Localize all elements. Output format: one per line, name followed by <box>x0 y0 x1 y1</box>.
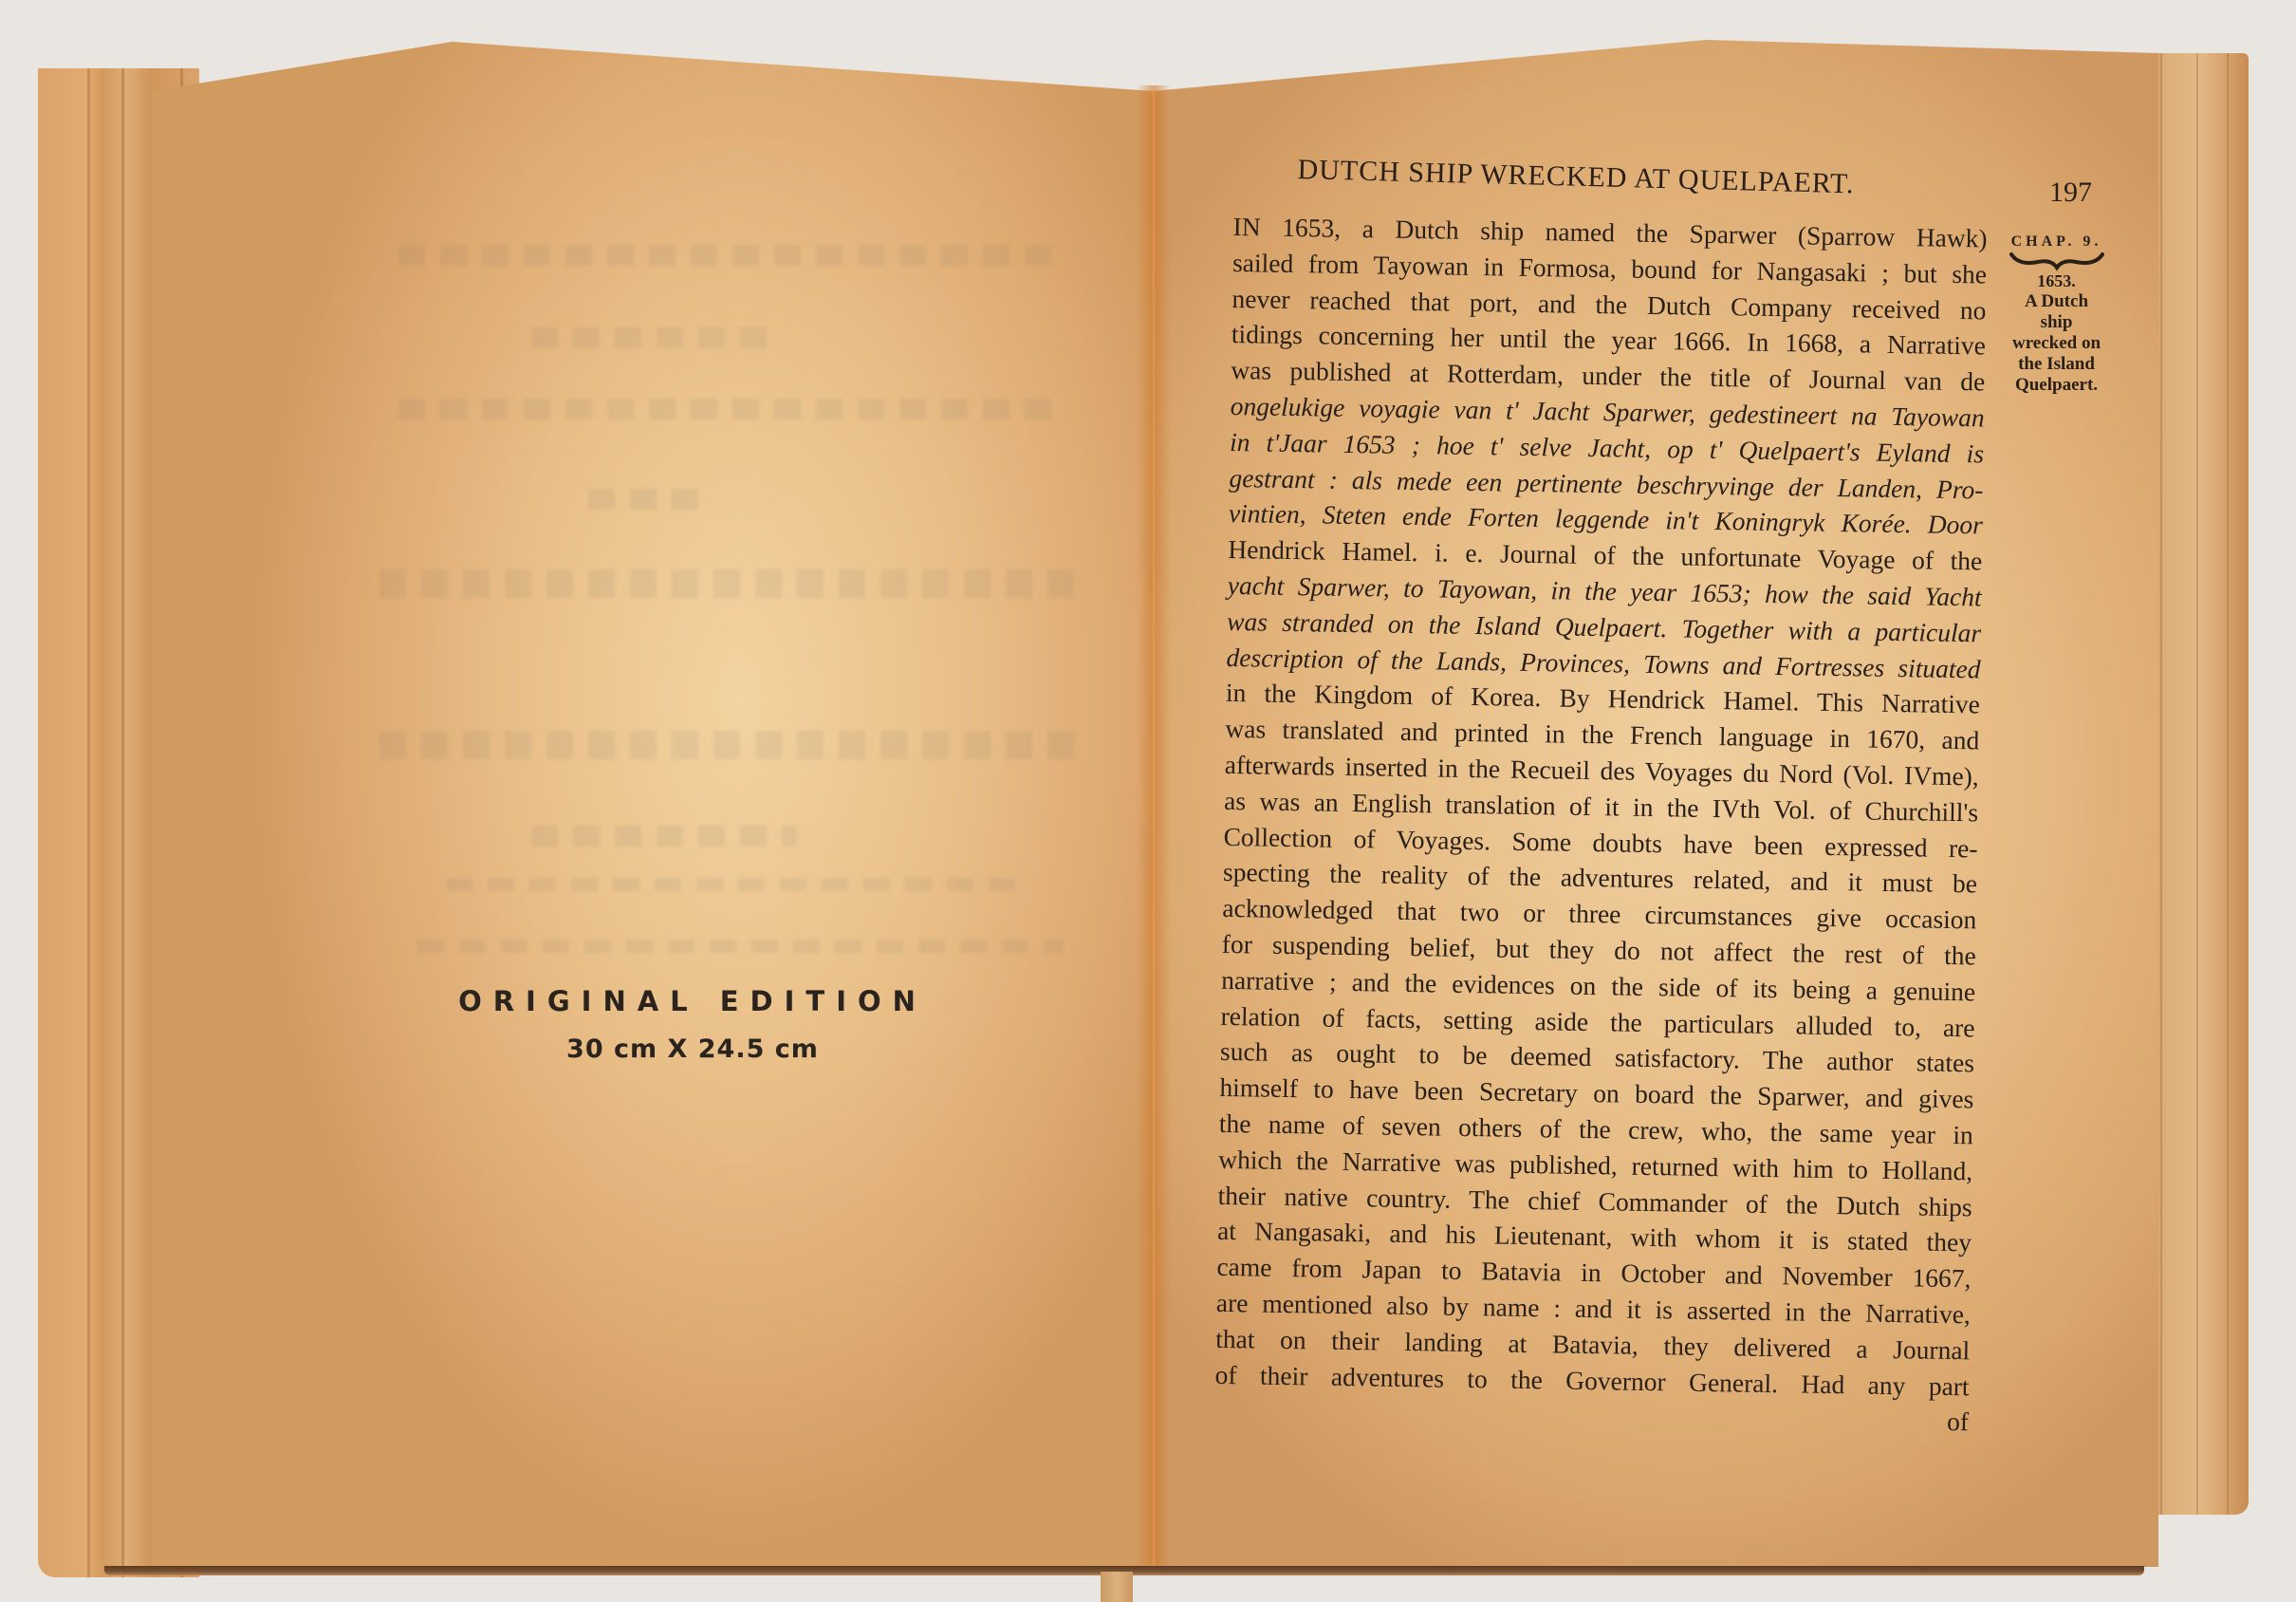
page-fold-line <box>2160 53 2162 1515</box>
page-fold-line <box>2227 53 2229 1515</box>
book-gutter <box>1137 85 1171 1566</box>
margin-year: 1653. <box>1997 271 2116 291</box>
body-text: IN 1653, a Dutch ship named the Sparwer … <box>1214 209 1988 1440</box>
margin-note: CHAP. 9. 1653. A Dutch ship wrecked on t… <box>1997 233 2116 396</box>
margin-note-line: ship <box>1997 312 2116 333</box>
page-number: 197 <box>2049 177 2092 209</box>
show-through-text <box>398 245 1063 266</box>
show-through-text <box>380 569 1082 598</box>
margin-note-line: wrecked on <box>1997 333 2116 354</box>
open-book: ORIGINAL EDITION 30 cm X 24.5 cm DUTCH S… <box>0 0 2296 1602</box>
stamp-dimensions: 30 cm X 24.5 cm <box>436 1034 949 1064</box>
show-through-text <box>531 327 778 348</box>
show-through-text <box>398 399 1063 419</box>
page-fold-line <box>2196 53 2198 1515</box>
page-fold-line <box>121 68 124 1577</box>
edition-stamp: ORIGINAL EDITION 30 cm X 24.5 cm <box>436 985 949 1064</box>
ribbon-bookmark[interactable] <box>1101 1572 1133 1602</box>
page-fold-line <box>87 68 90 1577</box>
show-through-text <box>380 731 1082 759</box>
margin-note-line: Quelpaert. <box>1997 375 2116 396</box>
margin-note-line: A Dutch <box>1997 291 2116 312</box>
margin-note-line: the Island <box>1997 354 2116 375</box>
chapter-label: CHAP. 9. <box>1997 233 2116 251</box>
show-through-text <box>531 826 797 847</box>
stamp-edition-label: ORIGINAL EDITION <box>436 985 949 1017</box>
show-through-text <box>588 489 702 510</box>
brace-ornament-icon <box>2009 251 2104 271</box>
show-through-text <box>446 878 1015 891</box>
show-through-text <box>417 940 1063 953</box>
